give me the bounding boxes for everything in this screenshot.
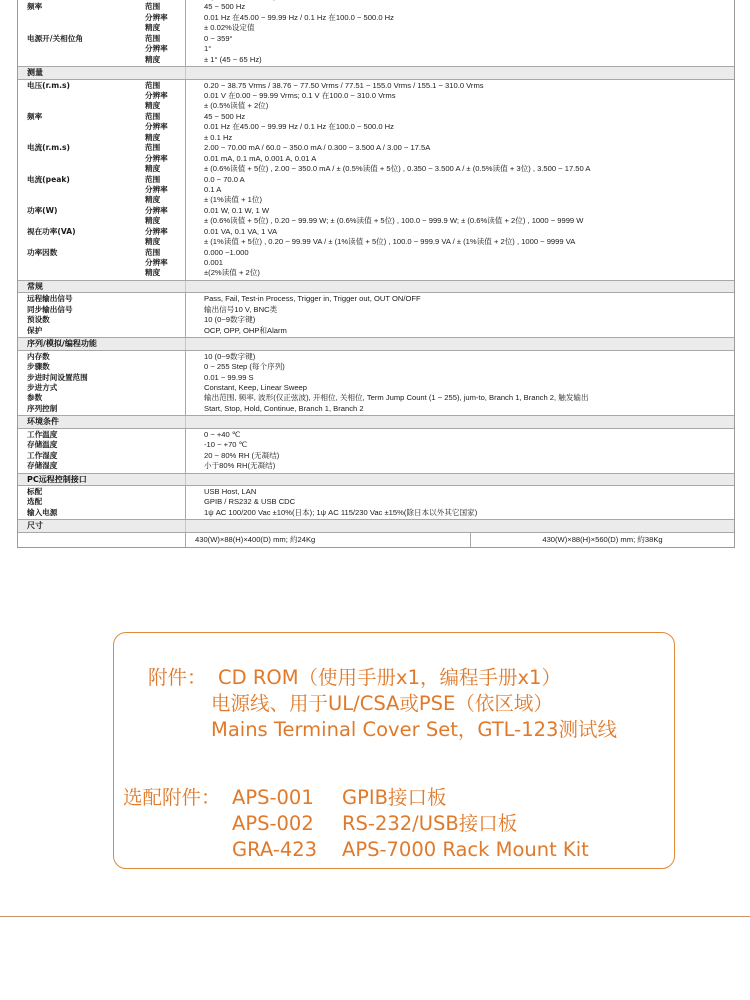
- spec-value: 2.00 ~ 70.00 mA / 60.0 ~ 350.0 mA / 0.30…: [195, 143, 430, 153]
- spec-value: ± (0.6%读值 + 5位) , 2.00 ~ 350.0 mA / ± (0…: [195, 164, 590, 174]
- spec-row: 精度± (1%读值 + 5位) , 0.20 ~ 99.99 VA / ± (1…: [18, 237, 734, 247]
- spec-value: Constant, Keep, Linear Sweep: [195, 383, 307, 393]
- spec-row: 分辨率0.01 Hz 在45.00 ~ 99.99 Hz / 0.1 Hz 在1…: [18, 13, 734, 23]
- spec-value: GPIB / RS232 & USB CDC: [195, 497, 295, 507]
- spec-row: 参数输出范围, 频率, 波形(仅正弦波), 开相位, 关相位, Term Jum…: [18, 393, 734, 403]
- spec-sublabel: 分辨率: [145, 258, 195, 268]
- optional-accessory-code: GRA-423: [232, 837, 317, 863]
- spec-row: 步骤数0 ~ 255 Step (每个序列): [18, 362, 734, 372]
- spec-label: [18, 101, 145, 111]
- spec-label: 内存数: [18, 352, 145, 362]
- spec-section-output-partial: 精度± (0.5%设定值 + 2位)频率范围45 ~ 500 Hz分辨率0.01…: [18, 0, 734, 66]
- spec-value: 1ψ AC 100/200 Vac ±10%(日本); 1ψ AC 115/23…: [195, 508, 477, 518]
- spec-row: 视在功率(VA)分辨率0.01 VA, 0.1 VA, 1 VA: [18, 227, 734, 237]
- spec-row: 精度± (1%读值 + 1位): [18, 195, 734, 205]
- spec-label: 电流(peak): [18, 175, 145, 185]
- spec-value: ± (1%读值 + 5位) , 0.20 ~ 99.99 VA / ± (1%读…: [195, 237, 575, 247]
- spec-row: 分辨率1°: [18, 44, 734, 54]
- spec-label: 存储湿度: [18, 461, 145, 471]
- spec-row: 选配GPIB / RS232 & USB CDC: [18, 497, 734, 507]
- spec-sublabel: 精度: [145, 133, 195, 143]
- spec-sublabel: 范围: [145, 248, 195, 258]
- spec-row: 分辨率0.01 V 在0.00 ~ 99.99 Vrms; 0.1 V 在100…: [18, 91, 734, 101]
- spec-value: 小于80% RH(无凝结): [195, 461, 275, 471]
- spec-label: 功率(W): [18, 206, 145, 216]
- accessory-item: Mains Terminal Cover Set，GTL-123测试线: [211, 717, 617, 743]
- spec-value: 10 (0~9数字键): [195, 315, 255, 325]
- spec-row: 步进方式Constant, Keep, Linear Sweep: [18, 383, 734, 393]
- spec-value: 45 ~ 500 Hz: [195, 112, 245, 122]
- spec-sublabel: [145, 487, 195, 497]
- optional-accessory-desc: RS-232/USB接口板: [342, 811, 517, 837]
- spec-value: Start, Stop, Hold, Continue, Branch 1, B…: [195, 404, 364, 414]
- spec-label: [18, 154, 145, 164]
- spec-value: ± 1° (45 ~ 65 Hz): [195, 55, 262, 65]
- spec-label: [18, 122, 145, 132]
- spec-row: 同步输出信号输出信号10 V, BNC类: [18, 305, 734, 315]
- spec-row: 预设数10 (0~9数字键): [18, 315, 734, 325]
- spec-label: [18, 216, 145, 226]
- spec-value: USB Host, LAN: [195, 487, 256, 497]
- section-header-dimensions: 尺寸: [18, 519, 734, 533]
- spec-sublabel: 范围: [145, 81, 195, 91]
- spec-label: 参数: [18, 393, 145, 403]
- optional-accessories-label: 选配附件：: [123, 785, 221, 811]
- spec-row: 保护OCP, OPP, OHP和Alarm: [18, 326, 734, 336]
- spec-label: [18, 133, 145, 143]
- spec-value: 0.01 Hz 在45.00 ~ 99.99 Hz / 0.1 Hz 在100.…: [195, 122, 394, 132]
- dimensions-model-b: 430(W)×88(H)×560(D) mm; 約38Kg: [471, 533, 734, 547]
- spec-row: 分辨率0.001: [18, 258, 734, 268]
- spec-sublabel: [145, 451, 195, 461]
- spec-sublabel: [145, 326, 195, 336]
- spec-label: 电流(r.m.s): [18, 143, 145, 153]
- spec-sublabel: 精度: [145, 268, 195, 278]
- spec-row: 精度± 0.02%设定值: [18, 23, 734, 33]
- spec-sublabel: 分辨率: [145, 185, 195, 195]
- spec-sublabel: [145, 373, 195, 383]
- spec-row: 工作温度0 ~ +40 ℃: [18, 430, 734, 440]
- optional-accessory-code: APS-002: [232, 811, 314, 837]
- spec-sublabel: [145, 393, 195, 403]
- section-title: 尺寸: [27, 520, 43, 532]
- spec-value: 0.001: [195, 258, 223, 268]
- spec-sublabel: [145, 383, 195, 393]
- spec-value: 0.01 VA, 0.1 VA, 1 VA: [195, 227, 277, 237]
- spec-sublabel: [145, 497, 195, 507]
- spec-row: 电流(r.m.s)范围2.00 ~ 70.00 mA / 60.0 ~ 350.…: [18, 143, 734, 153]
- spec-sublabel: [145, 362, 195, 372]
- spec-sublabel: [145, 430, 195, 440]
- section-body: 电压(r.m.s)范围0.20 ~ 38.75 Vrms / 38.76 ~ 7…: [18, 80, 734, 280]
- spec-label: 存储温度: [18, 440, 145, 450]
- spec-row: 频率范围45 ~ 500 Hz: [18, 112, 734, 122]
- spec-row: 功率(W)分辨率0.01 W, 0.1 W, 1 W: [18, 206, 734, 216]
- spec-row: 远程输出信号Pass, Fail, Test-in Process, Trigg…: [18, 294, 734, 304]
- spec-value: 1°: [195, 44, 211, 54]
- spec-row: 频率范围45 ~ 500 Hz: [18, 2, 734, 12]
- spec-sublabel: 范围: [145, 2, 195, 12]
- spec-label: [18, 195, 145, 205]
- spec-row: 序列控制Start, Stop, Hold, Continue, Branch …: [18, 404, 734, 414]
- spec-value: 0.01 Hz 在45.00 ~ 99.99 Hz / 0.1 Hz 在100.…: [195, 13, 394, 23]
- dimensions-row: 430(W)×88(H)×400(D) mm; 約24Kg 430(W)×88(…: [18, 533, 734, 547]
- spec-label: [18, 164, 145, 174]
- section-title: 环境条件: [27, 416, 59, 428]
- spec-label: 标配: [18, 487, 145, 497]
- spec-sublabel: 精度: [145, 237, 195, 247]
- section-header: 序列/模拟/编程功能: [18, 337, 734, 351]
- spec-sublabel: 范围: [145, 143, 195, 153]
- spec-value: 0.01 ~ 99.99 S: [195, 373, 254, 383]
- spec-row: 存储温度-10 ~ +70 ℃: [18, 440, 734, 450]
- spec-label: 功率因数: [18, 248, 145, 258]
- spec-sublabel: 精度: [145, 216, 195, 226]
- spec-label: [18, 91, 145, 101]
- spec-sublabel: 分辨率: [145, 13, 195, 23]
- spec-value: ±(2%读值 + 2位): [195, 268, 260, 278]
- spec-label: [18, 55, 145, 65]
- spec-label: 视在功率(VA): [18, 227, 145, 237]
- spec-row: 电压(r.m.s)范围0.20 ~ 38.75 Vrms / 38.76 ~ 7…: [18, 81, 734, 91]
- spec-sublabel: 范围: [145, 175, 195, 185]
- spec-label: 预设数: [18, 315, 145, 325]
- spec-sublabel: 分辨率: [145, 91, 195, 101]
- spec-row: 精度± 0.1 Hz: [18, 133, 734, 143]
- spec-label: [18, 185, 145, 195]
- spec-row: 精度± (0.5%读值 + 2位): [18, 101, 734, 111]
- spec-row: 内存数10 (0~9数字键): [18, 352, 734, 362]
- spec-row: 工作湿度 20 ~ 80% RH (无凝结): [18, 451, 734, 461]
- spec-label: 选配: [18, 497, 145, 507]
- spec-value: 10 (0~9数字键): [195, 352, 255, 362]
- spec-value: 20 ~ 80% RH (无凝结): [195, 451, 279, 461]
- spec-label: 远程输出信号: [18, 294, 145, 304]
- footer-divider: [0, 916, 750, 917]
- spec-row: 分辨率0.01 Hz 在45.00 ~ 99.99 Hz / 0.1 Hz 在1…: [18, 122, 734, 132]
- spec-value: 0.01 W, 0.1 W, 1 W: [195, 206, 269, 216]
- accessory-item: CD ROM（使用手册x1，编程手册x1）: [218, 665, 561, 691]
- spec-sublabel: 分辨率: [145, 122, 195, 132]
- section-header: 常规: [18, 280, 734, 294]
- spec-value: 45 ~ 500 Hz: [195, 2, 245, 12]
- spec-row: 电流(peak)范围0.0 ~ 70.0 A: [18, 175, 734, 185]
- dimensions-model-a: 430(W)×88(H)×400(D) mm; 約24Kg: [186, 533, 471, 547]
- section-title: 测量: [27, 67, 43, 79]
- spec-value: 0.20 ~ 38.75 Vrms / 38.76 ~ 77.50 Vrms /…: [195, 81, 484, 91]
- spec-value: ± (0.5%读值 + 2位): [195, 101, 268, 111]
- spec-label: [18, 44, 145, 54]
- spec-row: 电源开/关相位角范围0 ~ 359°: [18, 34, 734, 44]
- spec-sublabel: 精度: [145, 23, 195, 33]
- section-header: 测量: [18, 66, 734, 80]
- spec-value: 输出范围, 频率, 波形(仅正弦波), 开相位, 关相位, Term Jump …: [195, 393, 589, 403]
- spec-value: 输出信号10 V, BNC类: [195, 305, 277, 315]
- spec-label: 工作湿度: [18, 451, 145, 461]
- spec-label: 电压(r.m.s): [18, 81, 145, 91]
- section-title: PC远程控制接口: [27, 474, 87, 486]
- spec-value: 0.01 V 在0.00 ~ 99.99 Vrms; 0.1 V 在100.0 …: [195, 91, 396, 101]
- spec-sublabel: [145, 352, 195, 362]
- spec-value: ± 0.1 Hz: [195, 133, 232, 143]
- spec-row: 分辨率0.01 mA, 0.1 mA, 0.001 A, 0.01 A: [18, 154, 734, 164]
- spec-label: [18, 23, 145, 33]
- spec-sublabel: 分辨率: [145, 206, 195, 216]
- spec-sublabel: 范围: [145, 34, 195, 44]
- spec-sublabel: [145, 440, 195, 450]
- optional-accessory-code: APS-001: [232, 785, 314, 811]
- section-header: PC远程控制接口: [18, 473, 734, 487]
- spec-sublabel: 精度: [145, 55, 195, 65]
- spec-sublabel: [145, 404, 195, 414]
- spec-label: 输入电源: [18, 508, 145, 518]
- spec-row: 标配USB Host, LAN: [18, 487, 734, 497]
- accessory-item: 电源线、用于UL/CSA或PSE（依区域）: [211, 691, 553, 717]
- optional-accessory-desc: GPIB接口板: [342, 785, 447, 811]
- spec-row: 步进时间设置范围0.01 ~ 99.99 S: [18, 373, 734, 383]
- spec-row: 存储湿度小于80% RH(无凝结): [18, 461, 734, 471]
- spec-sublabel: 精度: [145, 101, 195, 111]
- spec-label: 频率: [18, 112, 145, 122]
- spec-value: OCP, OPP, OHP和Alarm: [195, 326, 287, 336]
- section-body: 远程输出信号Pass, Fail, Test-in Process, Trigg…: [18, 293, 734, 337]
- spec-label: [18, 268, 145, 278]
- spec-value: 0 ~ 255 Step (每个序列): [195, 362, 285, 372]
- spec-sublabel: [145, 294, 195, 304]
- spec-row: 功率因数范围0.000 ~1.000: [18, 248, 734, 258]
- spec-label: 步进方式: [18, 383, 145, 393]
- section-title: 序列/模拟/编程功能: [27, 338, 97, 350]
- spec-label: [18, 237, 145, 247]
- spec-sublabel: 精度: [145, 164, 195, 174]
- spec-sublabel: [145, 461, 195, 471]
- spec-value: 0.1 A: [195, 185, 221, 195]
- spec-sublabel: [145, 508, 195, 518]
- spec-label: 电源开/关相位角: [18, 34, 145, 44]
- section-body: 标配USB Host, LAN选配GPIB / RS232 & USB CDC输…: [18, 486, 734, 519]
- spec-row: 精度±(2%读值 + 2位): [18, 268, 734, 278]
- spec-value: -10 ~ +70 ℃: [195, 440, 247, 450]
- accessories-label: 附件：: [148, 665, 207, 691]
- section-body: 工作温度0 ~ +40 ℃存储温度-10 ~ +70 ℃工作湿度 20 ~ 80…: [18, 429, 734, 473]
- spec-label: [18, 13, 145, 23]
- spec-value: 0.01 mA, 0.1 mA, 0.001 A, 0.01 A: [195, 154, 316, 164]
- spec-sublabel: 分辨率: [145, 227, 195, 237]
- optional-accessory-desc: APS-7000 Rack Mount Kit: [342, 837, 589, 863]
- spec-label: 保护: [18, 326, 145, 336]
- spec-label: 工作温度: [18, 430, 145, 440]
- spec-label: 序列控制: [18, 404, 145, 414]
- spec-label: [18, 258, 145, 268]
- spec-label: 同步输出信号: [18, 305, 145, 315]
- section-body: 内存数10 (0~9数字键)步骤数0 ~ 255 Step (每个序列)步进时间…: [18, 351, 734, 416]
- spec-label: 频率: [18, 2, 145, 12]
- spec-value: 0 ~ 359°: [195, 34, 233, 44]
- spec-value: Pass, Fail, Test-in Process, Trigger in,…: [195, 294, 421, 304]
- section-title: 常规: [27, 281, 43, 293]
- spec-value: 0.000 ~1.000: [195, 248, 249, 258]
- spec-value: 0.0 ~ 70.0 A: [195, 175, 245, 185]
- spec-row: 分辨率0.1 A: [18, 185, 734, 195]
- spec-value: ± 0.02%设定值: [195, 23, 255, 33]
- section-header: 环境条件: [18, 415, 734, 429]
- spec-sublabel: 分辨率: [145, 44, 195, 54]
- spec-value: 0 ~ +40 ℃: [195, 430, 240, 440]
- spec-sublabel: 分辨率: [145, 154, 195, 164]
- spec-sublabel: 范围: [145, 112, 195, 122]
- spec-sublabel: 精度: [145, 195, 195, 205]
- spec-value: ± (0.6%读值 + 5位) , 0.20 ~ 99.99 W; ± (0.6…: [195, 216, 583, 226]
- spec-table: 精度± (0.5%设定值 + 2位)频率范围45 ~ 500 Hz分辨率0.01…: [17, 0, 735, 548]
- spec-value: ± (1%读值 + 1位): [195, 195, 262, 205]
- spec-row: 精度± (0.6%读值 + 5位) , 0.20 ~ 99.99 W; ± (0…: [18, 216, 734, 226]
- spec-row: 精度± (0.6%读值 + 5位) , 2.00 ~ 350.0 mA / ± …: [18, 164, 734, 174]
- spec-row: 精度± 1° (45 ~ 65 Hz): [18, 55, 734, 65]
- spec-sublabel: [145, 305, 195, 315]
- spec-label: 步骤数: [18, 362, 145, 372]
- spec-sublabel: [145, 315, 195, 325]
- spec-label: 步进时间设置范围: [18, 373, 145, 383]
- spec-row: 输入电源1ψ AC 100/200 Vac ±10%(日本); 1ψ AC 11…: [18, 508, 734, 518]
